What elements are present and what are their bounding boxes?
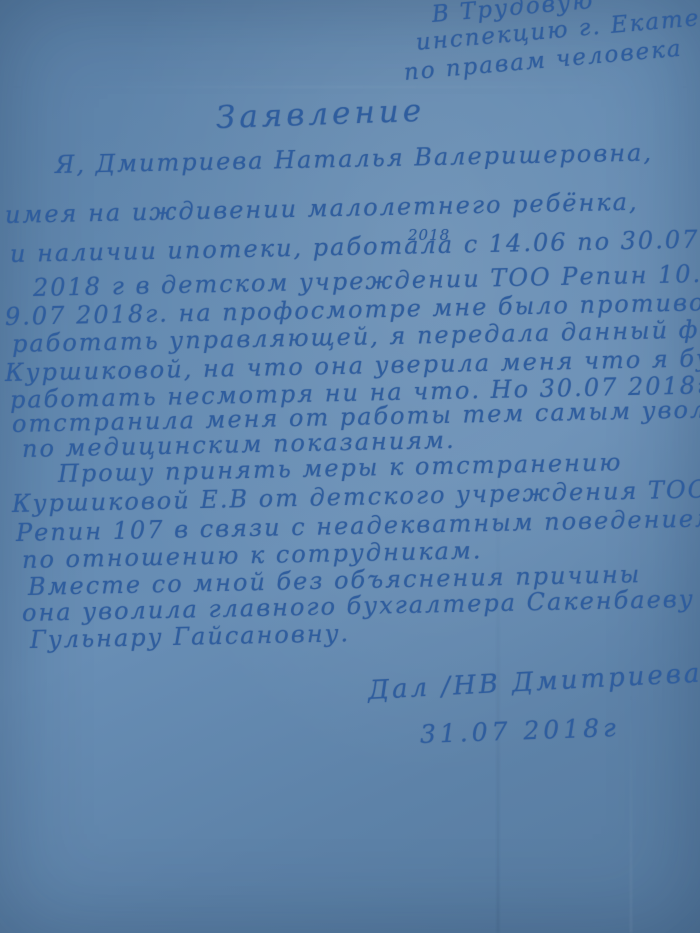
handwritten-line: Я, Дмитриева Наталья Валеришеровна, — [55, 140, 653, 177]
document-photo: В Трудовую инспекцию г. Екатеринбург по … — [0, 0, 700, 933]
year-superscript: 2018 — [408, 226, 450, 244]
handwritten-line: и наличии ипотеки, работала с 14.06 по 3… — [10, 228, 700, 266]
handwritten-line: имея на иждивении малолетнего ребёнка, — [5, 190, 639, 227]
document-title: Заявление — [215, 96, 425, 134]
signature: Дал /НВ Дмитриева — [367, 660, 700, 703]
handwritten-line: Гульнару Гайсановну. — [30, 621, 351, 652]
paper-crease — [630, 690, 632, 933]
signature-date: 31.07 2018г — [420, 715, 621, 747]
paper-crease — [0, 86, 700, 88]
paper-crease — [497, 470, 499, 933]
